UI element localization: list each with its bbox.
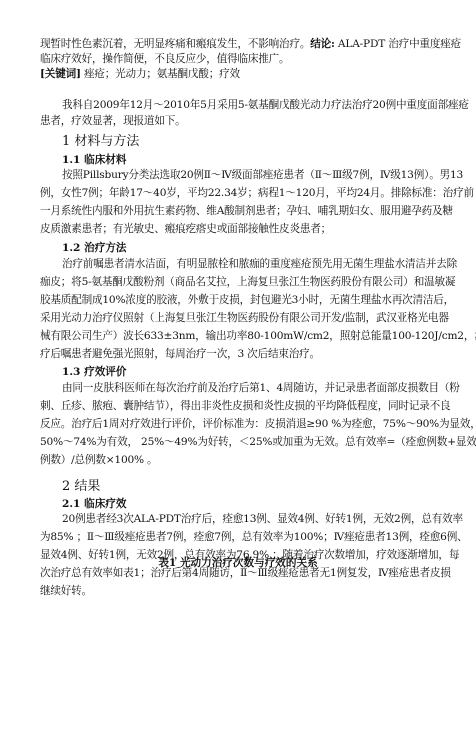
paragraph-line: 疗后嘱患者避免强光照射，每周治疗一次，3 次后结束治疗。 xyxy=(40,347,320,361)
paragraph-line: 20例患者经3次ALA-PDT治疗后，痊愈13例、显效4例、好转1例，无效2例，… xyxy=(62,512,463,526)
paragraph-line: 由同一皮肤科医师在每次治疗前及治疗后第1、4周随访，并记录患者面部皮损数目（粉 xyxy=(62,381,460,395)
paragraph-line: 械有限公司生产）波长633±3nm，输出功率80-100mW/cm2，照射总能量… xyxy=(40,329,476,343)
abstract-line-1: 现暂时性色素沉着，无明显疼痛和瘢痕发生，不影响治疗。结论: ALA-PDT 治疗… xyxy=(40,37,461,51)
intro-line-1: 我科自2009年12月～2010年5月采用5-氨基酮戊酸光动力疗法治疗20例中重… xyxy=(62,98,469,112)
subsection-heading: 1.2 治疗方法 xyxy=(62,240,127,255)
paragraph-line: 按照Pillsbury分类法选取20例Ⅱ～Ⅳ级面部痤疮患者（Ⅱ～Ⅲ级7例，Ⅳ级1… xyxy=(62,168,463,182)
paragraph-line: 痂皮；将5-氨基酮戊酸粉剂（商品名艾拉，上海复旦张江生物医药股份有限公司）和温敏… xyxy=(40,275,455,289)
section-heading: 2 结果 xyxy=(62,475,100,494)
paragraph-line: 例数）/总例数×100% 。 xyxy=(40,453,157,467)
section-heading: 1 材料与方法 xyxy=(62,130,139,149)
conclusion-label: 结论: xyxy=(310,38,335,50)
paragraph-line: 例，女性7例；年龄17～40岁，平均22.34岁；病程1～120月，平均24月。… xyxy=(40,186,474,200)
paragraph-line: 反应。治疗后1周对疗效进行评价，评价标准为：皮损消退≥90 %为痊愈，75%～9… xyxy=(40,417,476,431)
intro-line-2: 患者，疗效显著，现报道如下。 xyxy=(40,114,186,128)
paragraph-line: 胶基质配制成10%浓度的胶液，外敷于皮损，封包避光3小时，无菌生理盐水再次清洁后… xyxy=(40,293,454,307)
paragraph-line: 刺、丘疹、脓疱、囊肿结节），得出非炎性皮损和炎性皮损的平均降低程度，同时记录不良 xyxy=(40,399,450,413)
subsection-heading: 1.3 疗效评价 xyxy=(62,364,127,379)
abstract-line-2: 临床疗效好，操作简便，不良反应少，值得临床推广。 xyxy=(40,52,289,66)
subsection-heading: 2.1 临床疗效 xyxy=(62,496,127,511)
abstract-text: ALA-PDT 治疗中重度痤疮 xyxy=(335,38,461,50)
keywords-label: [关键词] xyxy=(40,68,81,80)
keywords-line: [关键词] 痤疮；光动力；氨基酮戊酸；疗效 xyxy=(40,67,240,81)
keywords: 痤疮；光动力；氨基酮戊酸；疗效 xyxy=(81,68,240,80)
paragraph-line: 皮质激素患者；有光敏史、瘢痕疙瘩史或面部接触性皮炎患者； xyxy=(40,222,331,236)
paragraph-line: 一月系统性内服和外用抗生素药物、维A酸制剂患者；孕妇、哺乳期妇女、服用避孕药及糖 xyxy=(40,204,453,218)
subsection-heading: 1.1 临床材料 xyxy=(62,152,127,167)
table-caption: 表1 光动力治疗次数与疗效的关系 xyxy=(0,555,476,570)
paragraph-line: 为85% ；Ⅱ～Ⅲ级痤疮患者7例，痊愈7例，总有效率为100%；Ⅳ痤疮患者13例… xyxy=(40,530,468,544)
paragraph-line: 采用光动力治疗仪照射（上海复旦张江生物医药股份有限公司开发/监制，武汉亚格光电器 xyxy=(40,311,449,325)
abstract-text: 现暂时性色素沉着，无明显疼痛和瘢痕发生，不影响治疗。 xyxy=(40,38,310,50)
paragraph-line: 治疗前嘱患者清水洁面，有明显脓栓和脓痂的重度痤疮预先用无菌生理盐水清洁并去除 xyxy=(62,257,457,271)
paragraph-line: 50%～74%为有效， 25%～49%为好转，＜25%或加重为无效。总有效率=（… xyxy=(40,435,476,449)
paper-page: 现暂时性色素沉着，无明显疼痛和瘢痕发生，不影响治疗。结论: ALA-PDT 治疗… xyxy=(0,0,476,755)
paragraph-line: 继续好转。 xyxy=(40,584,92,598)
